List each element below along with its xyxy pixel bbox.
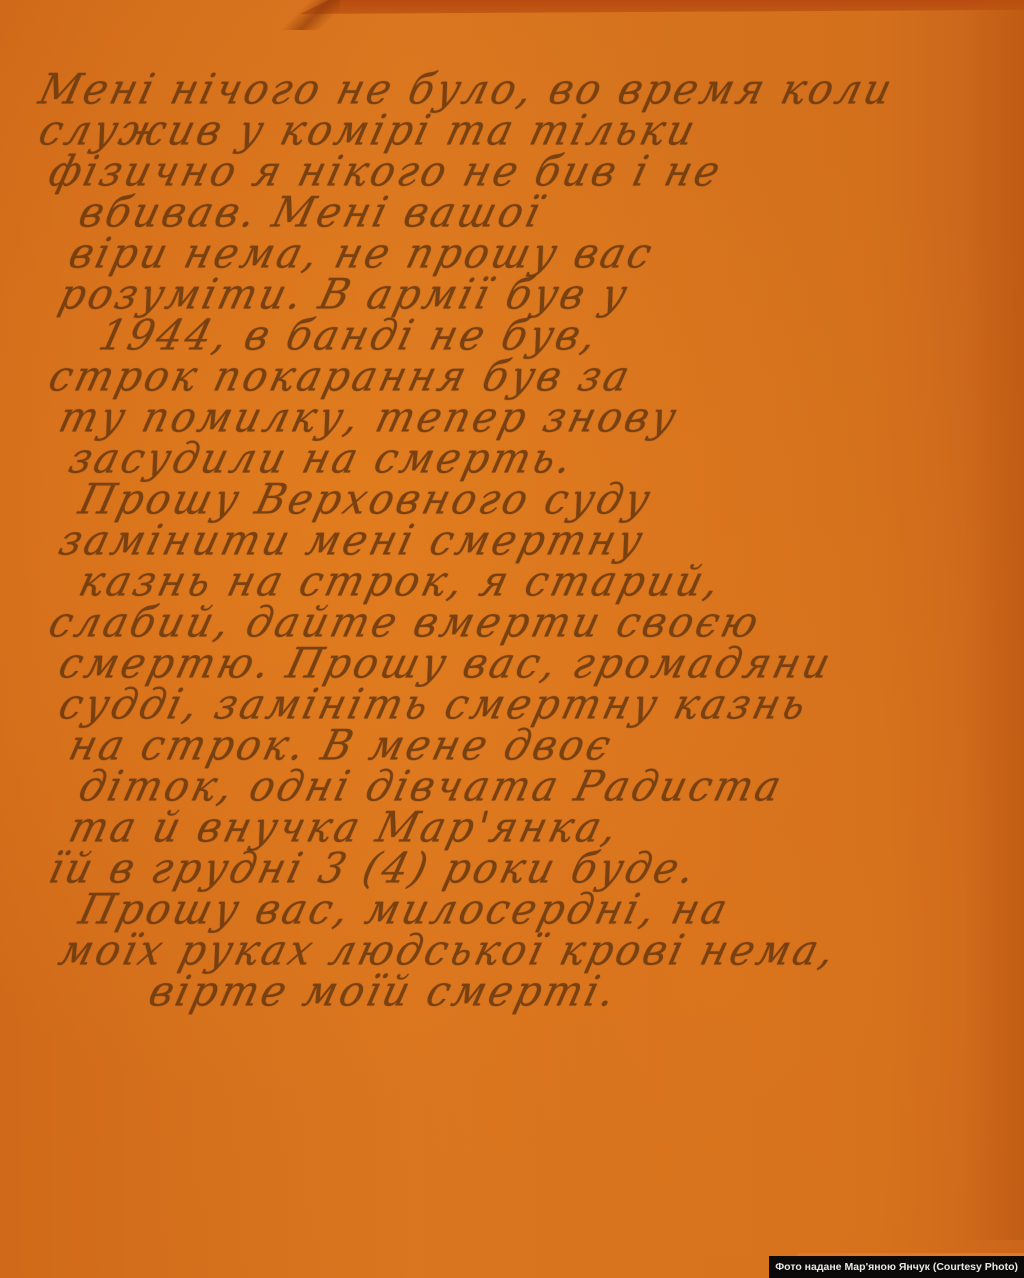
- handwritten-line: Прошу вас, милосердні, на: [35, 889, 996, 932]
- handwritten-line: та й внучка Мар'янка,: [35, 807, 996, 850]
- handwritten-line: 1944, в банді не був,: [35, 315, 996, 358]
- handwritten-line: діток, одні дівчата Радиста: [35, 766, 996, 809]
- handwritten-line: вбивав. Мені вашої: [35, 192, 996, 235]
- handwritten-line: замінити мені смертну: [35, 520, 996, 563]
- handwritten-line: ту помилку, тепер знову: [35, 397, 996, 440]
- handwritten-text: Мені нічого не було, во время колислужив…: [40, 70, 990, 1013]
- handwritten-line: їй в грудні 3 (4) роки буде.: [35, 848, 996, 891]
- handwritten-line: казнь на строк, я старий,: [35, 561, 996, 604]
- handwritten-line: віри нема, не прошу вас: [35, 233, 996, 276]
- photo-credit-caption: Фото надане Мар'яною Янчук (Courtesy Pho…: [769, 1256, 1024, 1278]
- paper-fold-corner: [270, 0, 340, 30]
- handwritten-line: смертю. Прошу вас, громадяни: [35, 643, 996, 686]
- handwritten-line: засудили на смерть.: [35, 438, 996, 481]
- handwritten-line: служив у комірі та тільки: [35, 110, 996, 153]
- handwritten-line: судді, замініть смертну казнь: [35, 684, 996, 727]
- handwritten-line: моїх руках людської крові нема,: [35, 930, 996, 973]
- handwritten-line: строк покарання був за: [35, 356, 996, 399]
- handwritten-line: фізично я нікого не бив і не: [35, 151, 996, 194]
- handwritten-line: Мені нічого не було, во время коли: [35, 69, 996, 112]
- handwritten-line: слабий, дайте вмерти своєю: [35, 602, 996, 645]
- handwritten-line: розуміти. В армії був у: [35, 274, 996, 317]
- handwritten-line: на строк. В мене двоє: [35, 725, 996, 768]
- handwritten-line: вірте моїй смерті.: [35, 971, 996, 1014]
- handwritten-line: Прошу Верховного суду: [35, 479, 996, 522]
